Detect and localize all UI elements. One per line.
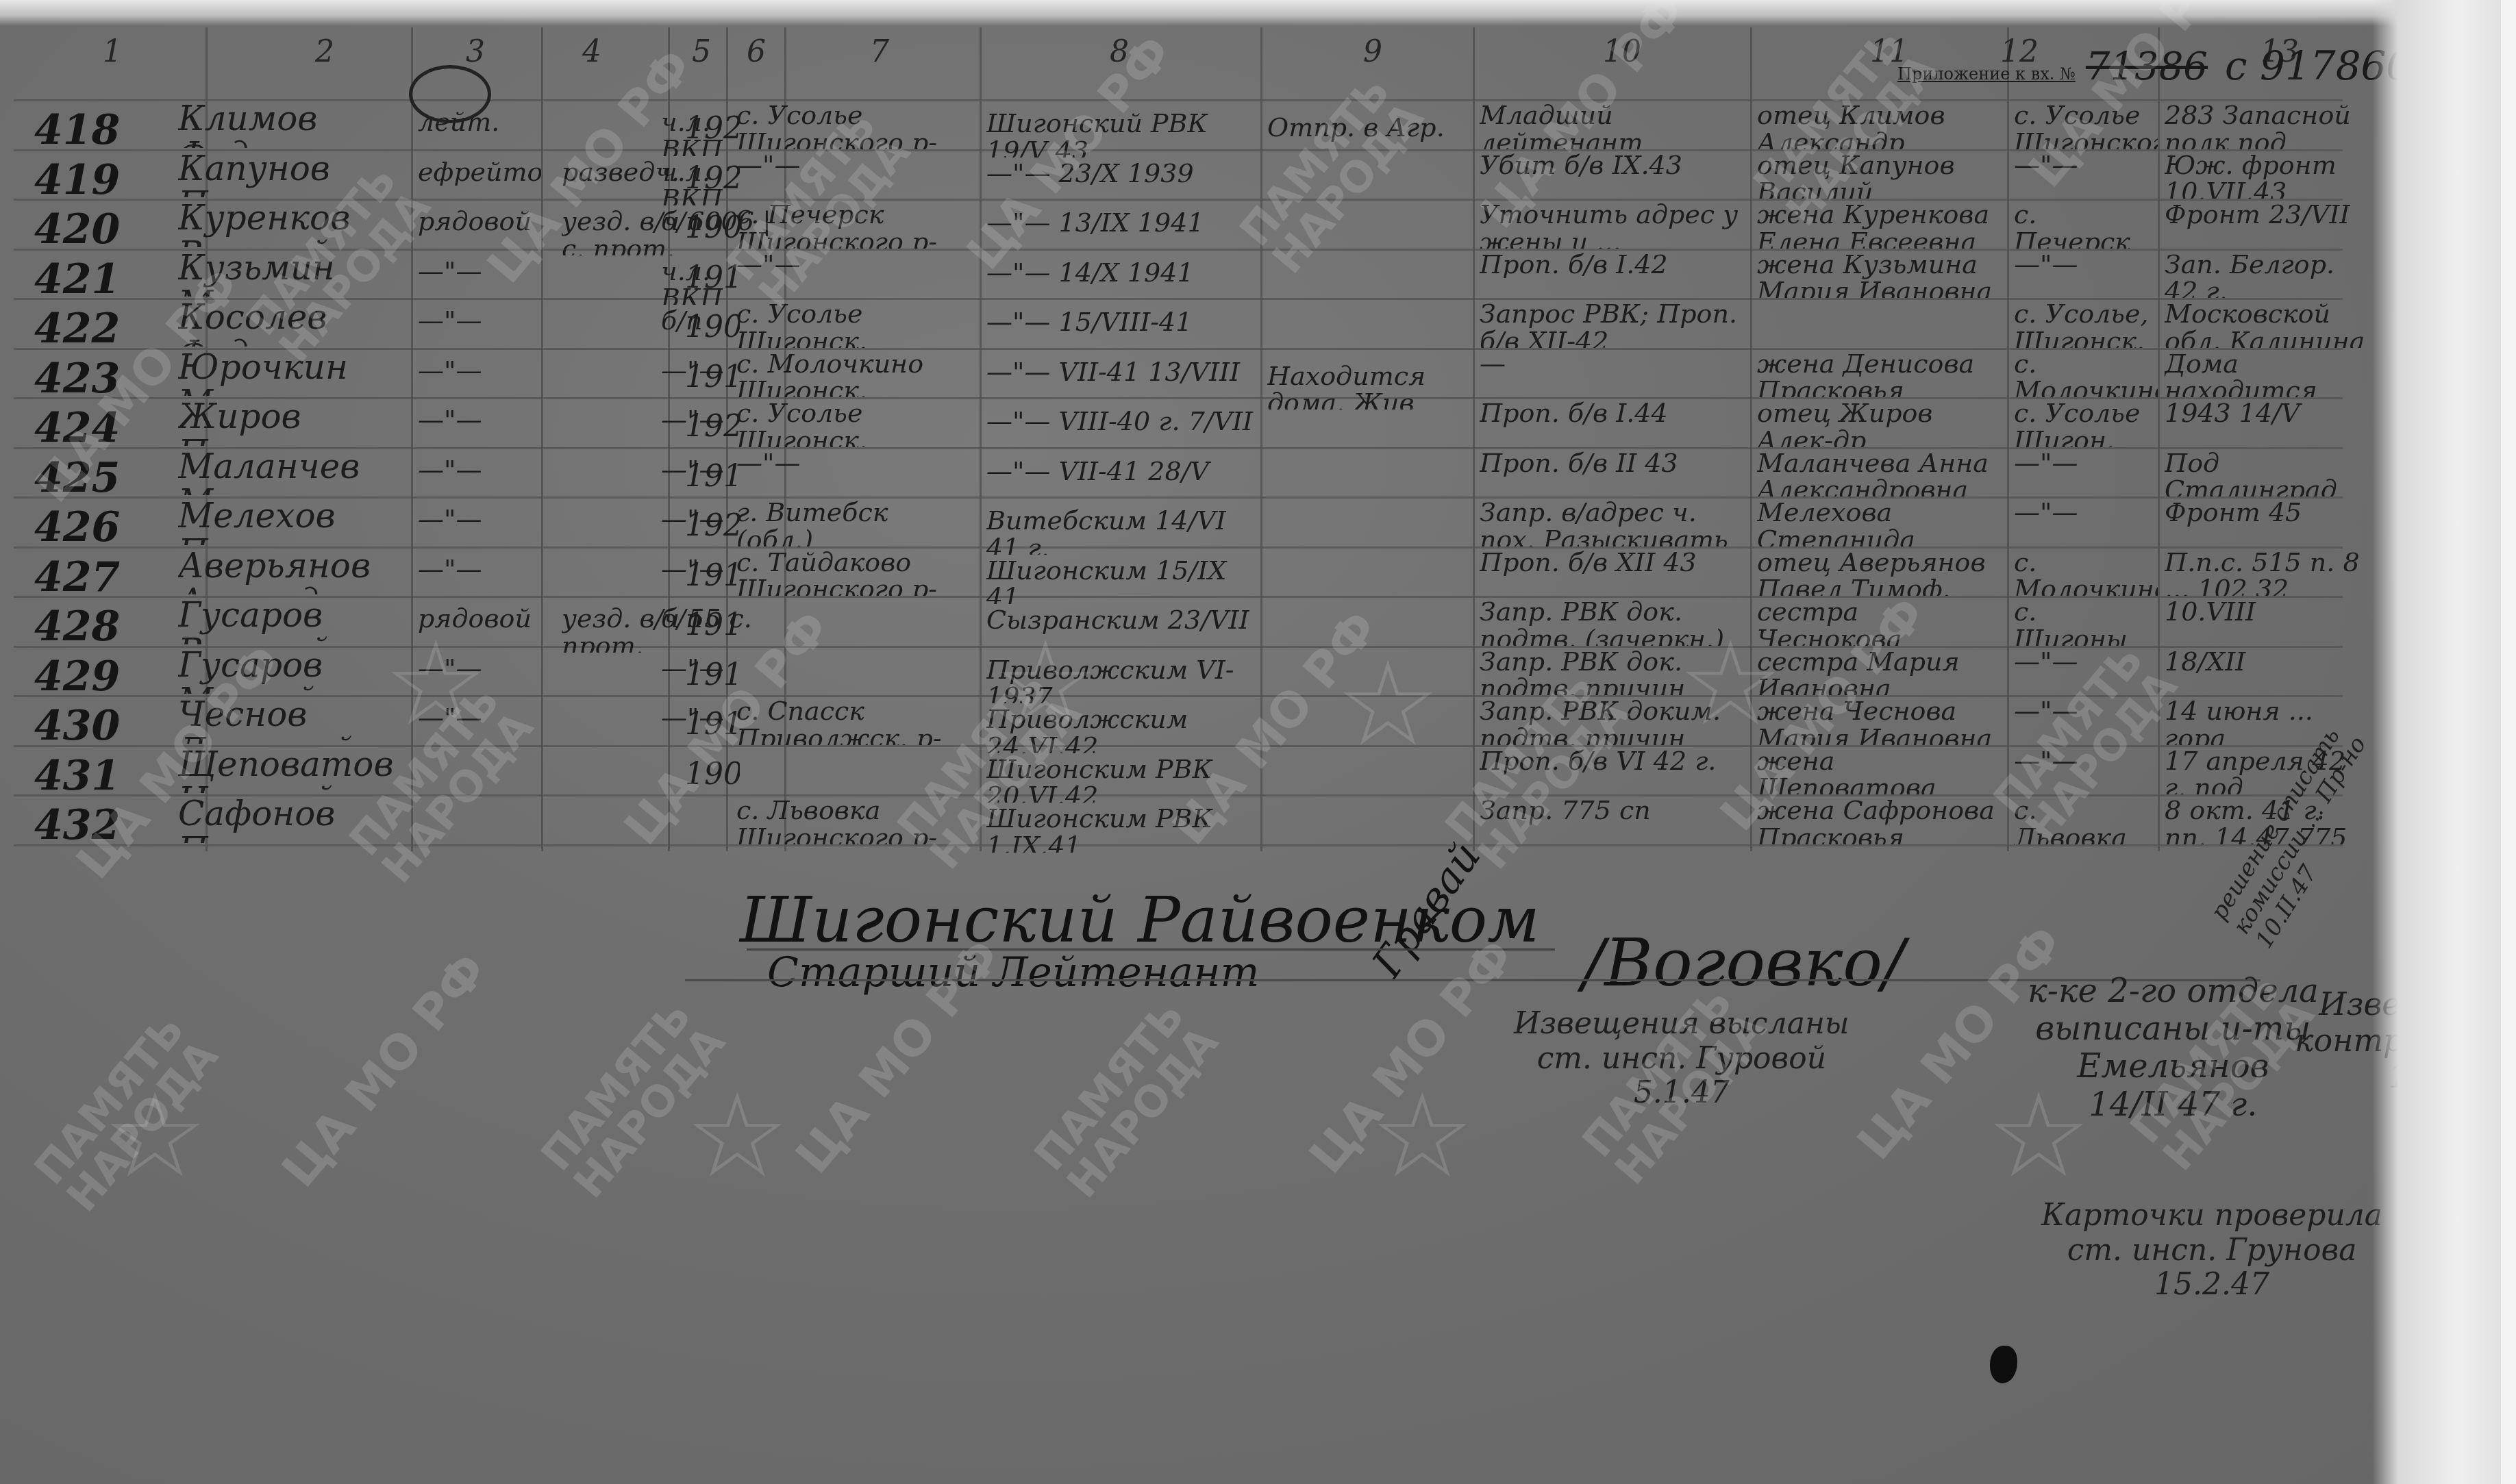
cell-name: Аверьянов Алекс-др Павлович xyxy=(178,548,404,595)
column-number: 2 xyxy=(315,34,334,69)
cell-year: 1920 xyxy=(685,163,740,194)
cell-notes: Фронт 23/VII xyxy=(2165,201,2370,229)
cell-status: Находится дома. Жив xyxy=(1267,363,1473,410)
signature-rule xyxy=(747,948,1555,951)
cell-enlisted: —"— VIII-40 г. 7/VII xyxy=(986,408,1260,436)
watermark-archive: ЦА МО РФ xyxy=(274,945,495,1195)
cell-birthplace: с. Молочкино Шигонск. Куйбышевск. об. xyxy=(736,351,969,398)
cell-notes: 1943 14/V xyxy=(2165,400,2370,427)
ink-blot xyxy=(1990,1346,2017,1383)
column-rule xyxy=(1473,27,1475,851)
cell-relative: отец Аверьянов Павел Тимоф. xyxy=(1757,549,2010,596)
column-number: 9 xyxy=(1363,34,1382,69)
cell-num: 426 xyxy=(34,506,171,549)
watermark-star-icon: ☆ xyxy=(685,1068,789,1204)
watermark-project: ПАМЯТЬ НАРОДА xyxy=(1233,68,1431,280)
cell-fate: Проп. б/в II 43 xyxy=(1480,450,1747,477)
watermark-star-icon: ☆ xyxy=(993,616,1097,752)
cell-notes: Московской обл. Калинина 42 г. xyxy=(2165,301,2370,348)
cell-rank: —"— xyxy=(418,457,541,484)
cell-enlisted: —"— 15/VIII-41 xyxy=(986,309,1260,336)
column-rule xyxy=(541,27,543,851)
cell-year: 1925 xyxy=(685,510,740,542)
cell-enlisted: Шигонским 15/IX 41 xyxy=(986,557,1260,605)
cell-num: 419 xyxy=(34,159,171,202)
cell-notes: Зап. Белгор. 42 г. xyxy=(2165,251,2370,299)
cell-rank: —"— xyxy=(418,556,541,583)
cell-rel-address: с. Печерск Шигонского р-на xyxy=(2014,201,2158,249)
cell-relative: жена Сафронова Прасковья Степановна xyxy=(1757,797,2010,844)
watermark-star-icon: ☆ xyxy=(1678,616,1782,752)
column-number: 6 xyxy=(747,34,766,69)
column-number: 1 xyxy=(103,34,122,69)
cell-enlisted: —"— VII-41 13/VIII xyxy=(986,359,1260,386)
cell-num: 430 xyxy=(34,705,171,748)
cell-rel-address: с. Молочкино Шигонск. Куйбыш. xyxy=(2014,549,2158,596)
cell-rel-address: с. Усолье Шигон. Куйбыш. xyxy=(2014,400,2158,447)
cell-notes: 18/XII xyxy=(2165,649,2370,676)
column-number: 7 xyxy=(870,34,889,69)
cell-name: Маланчев Михаил Семенович xyxy=(178,449,404,496)
cell-rank: —"— xyxy=(418,357,541,385)
cell-name: Климов Федор Александрович xyxy=(178,101,404,148)
watermark-project: ПАМЯТЬ НАРОДА xyxy=(1027,992,1225,1205)
cell-fate: Проп. б/в I.44 xyxy=(1480,400,1747,427)
watermark-star-icon: ☆ xyxy=(1370,1068,1474,1204)
cell-enlisted: Витебским 14/VI 41 г. xyxy=(986,507,1260,555)
column-number: 3 xyxy=(466,34,485,69)
cell-rel-address: —"— xyxy=(2014,251,2158,279)
cell-enlisted: —"— 14/X 1941 xyxy=(986,260,1260,287)
cell-fate: Проп. б/в I.42 xyxy=(1480,251,1747,279)
column-number: 4 xyxy=(582,34,601,69)
column-number: 5 xyxy=(692,34,711,69)
cell-notes: Под Сталинград 23/XII 42 г. xyxy=(2165,450,2370,497)
rank-circle-mark xyxy=(409,65,491,123)
watermark-star-icon: ☆ xyxy=(103,1068,207,1204)
cell-notes: 10.VIII xyxy=(2165,599,2370,626)
cell-year: 1921 xyxy=(685,411,740,442)
cell-rel-address: —"— xyxy=(2014,450,2158,477)
cell-birthplace: г. Витебск (обл.) xyxy=(736,499,969,546)
cell-year: 1911 xyxy=(685,461,740,492)
cell-rank: —"— xyxy=(418,506,541,533)
cell-year: 1910 xyxy=(685,609,740,641)
cell-birthplace: —"— xyxy=(736,450,969,477)
cell-notes: Юж. фронт 10.VII.43 xyxy=(2165,152,2370,199)
cell-notes: Фронт 45 xyxy=(2165,499,2370,527)
cell-birthplace: с. Тайдаково Шигонского р-на Куйбышевск. xyxy=(736,549,969,596)
cell-rel-address: с. Молочкино Шигонск. Куйбыш. xyxy=(2014,351,2158,398)
cell-num: 428 xyxy=(34,605,171,649)
cell-num: 420 xyxy=(34,208,171,251)
cell-fate: Запр. в/адрес ч. пох. Разыскивать xyxy=(1480,499,1747,546)
cell-birthplace: с. Усолье Шигонск. Куйбышевск. об. xyxy=(736,301,969,348)
scan-border xyxy=(2501,0,2516,1484)
cell-year: 1908 xyxy=(685,312,740,343)
cell-rel-address: с. Шигоны Шигонского р-на xyxy=(2014,599,2158,646)
cell-relative: отец Жиров Алек-др Дмитриевич xyxy=(1757,400,2010,447)
cell-enlisted: —"— VII-41 28/V xyxy=(986,458,1260,486)
cell-rank: —"— xyxy=(418,407,541,434)
watermark-star-icon: ☆ xyxy=(384,616,488,752)
cell-name: Гусаров Василий Иванович xyxy=(178,597,404,644)
cell-num: 421 xyxy=(34,258,171,301)
cell-notes: П.п.с. 515 п. 8 ... 102 32 сибирск. xyxy=(2165,549,2370,596)
cell-year: 1918 xyxy=(685,560,740,592)
cell-rel-address: —"— xyxy=(2014,499,2158,527)
cell-relative: Маланчева Анна Александровна жена xyxy=(1757,450,2010,497)
torn-right-edge xyxy=(2372,0,2516,1484)
cell-num: 418 xyxy=(34,109,171,152)
cell-rel-address: с. Усолье, Шигонск. Куйбышевской обл. xyxy=(2014,301,2158,348)
watermark-star-icon: ☆ xyxy=(1986,1068,2091,1204)
cell-num: 427 xyxy=(34,556,171,599)
cell-rank: —"— xyxy=(418,307,541,335)
signature-rank: Старший Лейтенант xyxy=(767,948,1260,996)
cell-relative: Мелехова Степанида Яковлевна мать xyxy=(1757,499,2010,546)
cell-name: Мелехов Павел Матвеевич xyxy=(178,498,404,545)
scanned-document: 12345678910111213 Приложение к вх. № 713… xyxy=(0,0,2516,1484)
cell-year: 1918 xyxy=(685,362,740,393)
cell-relative: жена Денисова Прасковья Ивановна xyxy=(1757,351,2010,398)
cell-rank: ефрейтор xyxy=(418,159,541,186)
cell-num: 429 xyxy=(34,655,171,699)
note-cards-checked: Карточки проверила ст. инсп. Грунова 15.… xyxy=(2041,1198,2382,1303)
watermark-star-icon: ☆ xyxy=(1336,637,1440,772)
cell-relative: жена Кузьмина Мария Ивановна xyxy=(1757,251,2010,299)
cell-fate: Запрос РВК; Проп. б/в XII-42 (зачеркн.) … xyxy=(1480,301,1747,348)
cell-birthplace: с. Усолье Шигонск. Куйбышевск. обл. xyxy=(736,400,969,447)
cell-fate: Проп. б/в XII 43 xyxy=(1480,549,1747,577)
cell-notes: 283 Запасной полк под Москвой 41 г. xyxy=(2165,102,2370,149)
cell-fate: — xyxy=(1480,351,1747,378)
cell-year: 1920 xyxy=(685,113,740,144)
cell-name: Жиров Петр Александрович xyxy=(178,399,404,446)
cell-notes: Дома находится xyxy=(2165,351,2370,398)
signature-name: /Воговко/ xyxy=(1582,925,1904,1001)
